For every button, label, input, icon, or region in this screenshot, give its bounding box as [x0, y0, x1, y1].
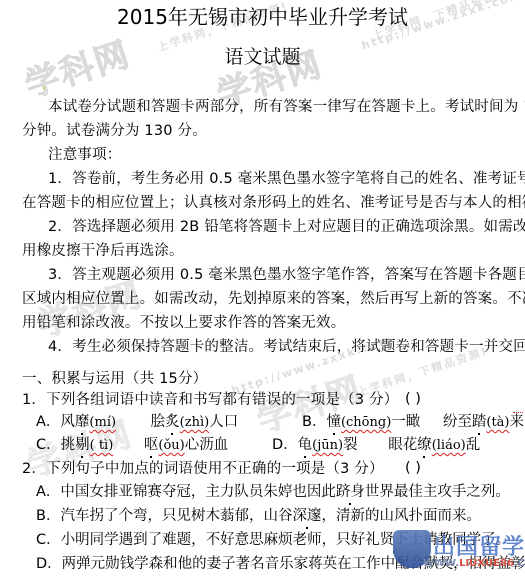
sentence-text: ，清新的山风扑面而来。 [321, 508, 481, 524]
dotted-char: 踏 [472, 413, 487, 431]
logo-url: WWW.LIUXUE86.COM [423, 558, 525, 569]
section-heading: 一、积累与运用（共 15分） [22, 370, 207, 388]
pinyin: (zhì) [180, 415, 210, 430]
question-2-option-a: A．中国女排亚锦赛夺冠，主力队员朱婷也因此跻身世界最佳主攻手之列。 [36, 483, 510, 501]
question-2-stem: 2．下列句子中加点的词语使用不正确的一项是（3 分） [22, 460, 384, 478]
dotted-char: 剔 [75, 436, 90, 454]
url-suffix: .COM [514, 558, 525, 569]
sentence-text: 汽车拐了个弯，只见树木蓊郁，山谷 [60, 508, 292, 524]
note-2-line2: 用橡皮擦干净后再选涂。 [22, 242, 184, 260]
url-highlight: LIUXUE86 [459, 558, 514, 569]
pinyin: (jūn) [312, 438, 343, 453]
exam-subtitle: 语文试题 [0, 45, 525, 69]
intro-paragraph-line2: 分钟。试卷满分为 130 分。 [22, 122, 207, 140]
question-2-option-b: B．汽车拐了个弯，只见树木蓊郁，山谷深邃，清新的山风扑面而来。 [36, 507, 481, 525]
option-label: B． [36, 508, 60, 524]
note-2-line1: 2．答选择题必须用 2B 铅笔将答题卡上对应题目的正确选项涂黑。如需改动， [48, 218, 525, 236]
word-text: 心沥血 [185, 437, 229, 453]
question-1-stem: 1．下列各组词语中读音和书写都有错误的一项是（3 分） [22, 391, 398, 409]
intro-paragraph-line1: 本试卷分试题和答题卡两部分，所有答案一律写在答题卡上。考试时间为 150 [48, 98, 525, 116]
url-prefix: WWW. [423, 558, 459, 569]
sentence-text: 中国女排亚锦赛夺冠，主力队员朱婷也因此 [60, 484, 336, 500]
option-label: C． [36, 437, 61, 453]
dotted-word: 深邃 [292, 507, 321, 525]
word-text: 挑 [61, 437, 76, 453]
dotted-char: 炙 [165, 413, 180, 431]
word-text: 纷至 [443, 414, 472, 430]
note-3-line1: 3．答主观题必须用 0.5 毫米黑色墨水签字笔作答，答案写在答题卡各题目指定 [48, 266, 525, 284]
note-1-line1: 1．答卷前，考生务必用 0.5 毫米黑色墨水签字笔将自己的姓名、准考证号填写 [48, 170, 525, 188]
option-label: C． [36, 532, 61, 548]
spellcheck-squiggle [513, 408, 523, 413]
sentence-text: 小明同学遇到了难题，不好意思麻烦老师，只好 [61, 532, 366, 548]
dotted-char: 龟 [298, 436, 313, 454]
word-text: 眼花 [388, 437, 417, 453]
liuxue86-logo[interactable]: 出国留学网 WWW.LIUXUE86.COM [393, 528, 525, 577]
pinyin: ( tì) [90, 438, 114, 453]
dotted-char: 憧 [326, 413, 341, 431]
exam-title: 2015年无锡市初中毕业升学考试 [0, 5, 525, 29]
option-label: A． [36, 484, 60, 500]
word-text: 乱 [466, 437, 481, 453]
pinyin: (liáo) [432, 438, 466, 453]
question-1-option-c: C．挑剔( tì) 呕(ǒu)心沥血 [36, 436, 228, 455]
option-label: A． [36, 414, 60, 430]
pinyin: (tà) [486, 415, 509, 430]
word-text: 风 [60, 414, 75, 430]
pinyin: (chōng) [341, 415, 391, 430]
question-1-answer-blank[interactable]: ( ) [405, 391, 421, 407]
question-1-option-a: A．风靡(mí) 脍炙(zhì)人口 [36, 413, 238, 432]
question-1-option-d: D．龟(jūn)裂 眼花缭(liáo)乱 [272, 436, 480, 455]
pinyin: (ǒu) [158, 438, 184, 453]
word-text: 一瞰 [391, 414, 420, 430]
pinyin: (mí) [89, 415, 116, 430]
word-text: 裂 [343, 437, 358, 453]
exam-page: 学科网 学科网 上学科网，下精品资源! http://www.zxxk.com … [0, 0, 525, 577]
sentence-text: 世界最佳主攻手之列。 [365, 484, 510, 500]
word-text: 人口 [209, 414, 238, 430]
note-3-line3: 用铅笔和涂改液。不按以上要求作答的答案无效。 [22, 314, 345, 332]
logo-brand: 出国留学网 [433, 530, 525, 561]
question-1-option-b: B．憧(chōng)一瞰 纷至踏(tà)来 [302, 413, 524, 432]
dotted-char: 靡 [75, 413, 90, 431]
option-label: D． [36, 556, 62, 572]
dotted-word: 跻身 [336, 483, 365, 501]
option-label: B． [302, 414, 326, 430]
word-text: 脍 [151, 414, 166, 430]
note-3-line2: 区域内相应位置上。如需改动，先划掉原来的答案，然后再写上新的答案。不准使 [22, 290, 525, 308]
notice-heading: 注意事项： [48, 146, 122, 164]
cursor-mark [43, 87, 45, 89]
question-2-answer-blank[interactable]: ( ) [405, 460, 421, 476]
dotted-char: 呕 [144, 436, 159, 454]
note-4-line1: 4．考生必须保持答题卡的整洁。考试结束后，将试题卷和答题卡一并交回。 [48, 338, 525, 356]
word-text: 来 [510, 414, 525, 430]
option-label: D． [272, 437, 298, 453]
dotted-char: 缭 [417, 436, 432, 454]
note-1-line2: 在答题卡的相应位置上；认真核对条形码上的姓名、准考证号是否与本人的相符合。 [22, 194, 525, 212]
